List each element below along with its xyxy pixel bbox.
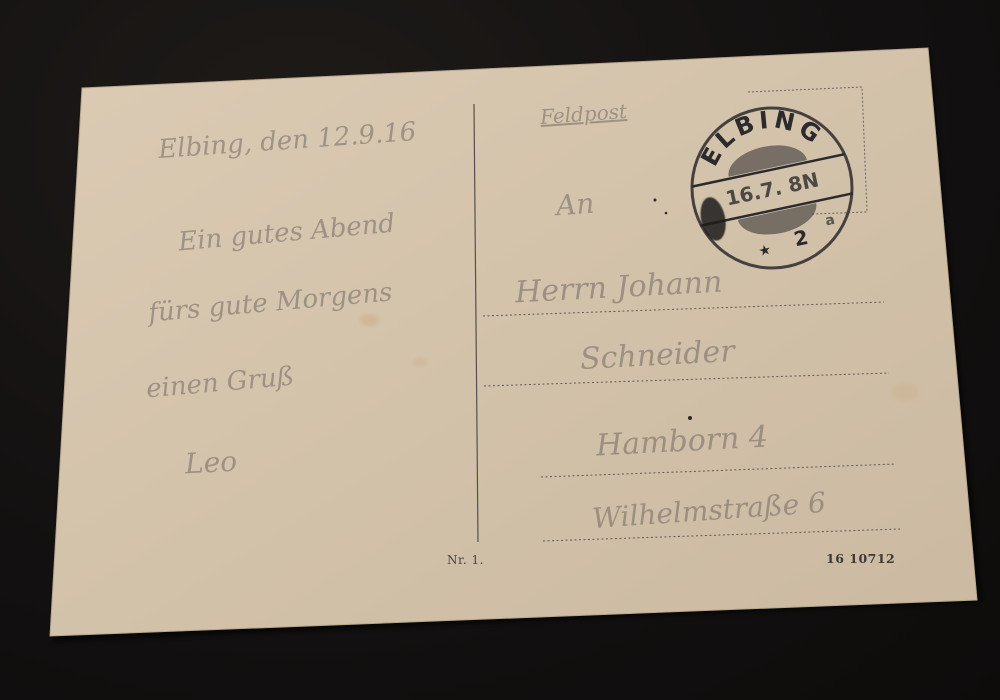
message-signature: Leo	[184, 445, 238, 481]
postcard-graphic: ELBING 16.7. 8N 2 a ★	[0, 0, 1000, 700]
address-salutation: An	[555, 187, 595, 223]
postcard: ELBING 16.7. 8N 2 a ★ Elbing, den 12.9.1…	[0, 0, 1000, 700]
card-number-label: Nr. 1.	[447, 553, 484, 567]
background-surface: ELBING 16.7. 8N 2 a ★ Elbing, den 12.9.1…	[0, 0, 1000, 700]
serial-number: 16 10712	[826, 551, 895, 566]
